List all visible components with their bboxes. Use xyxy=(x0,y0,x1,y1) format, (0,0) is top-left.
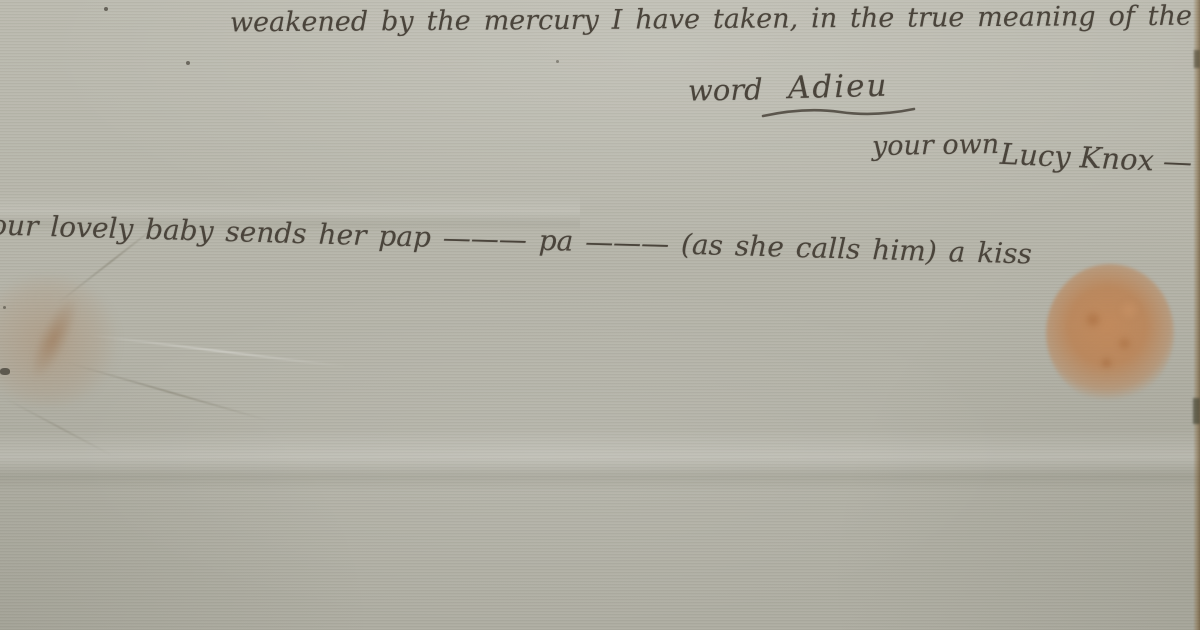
paper-right-edge-mark xyxy=(1194,50,1200,68)
ink-speck xyxy=(556,60,559,63)
wax-seal-stain-mottling xyxy=(1066,286,1156,382)
paper-crease xyxy=(68,362,270,422)
handwriting-closing: your own xyxy=(872,129,1000,162)
ink-speck xyxy=(3,306,6,309)
horizontal-fold-crease xyxy=(0,430,1200,490)
ink-speck xyxy=(186,61,190,65)
handwriting-line-2-word: word xyxy=(688,73,763,108)
handwriting-line-1: weakened by the mercury I have taken, in… xyxy=(230,1,1192,56)
paper-right-edge-mark xyxy=(1193,398,1200,424)
handwriting-line-2-adieu: Adieu xyxy=(788,69,889,107)
adieu-underline-flourish xyxy=(760,104,918,120)
ink-speck xyxy=(0,368,10,375)
letter-photograph: weakened by the mercury I have taken, in… xyxy=(0,0,1200,630)
paper-crease-highlight xyxy=(88,334,346,368)
paper-right-edge xyxy=(1193,0,1200,630)
ink-speck xyxy=(104,7,108,11)
handwriting-signature: Lucy Knox — xyxy=(999,138,1192,180)
